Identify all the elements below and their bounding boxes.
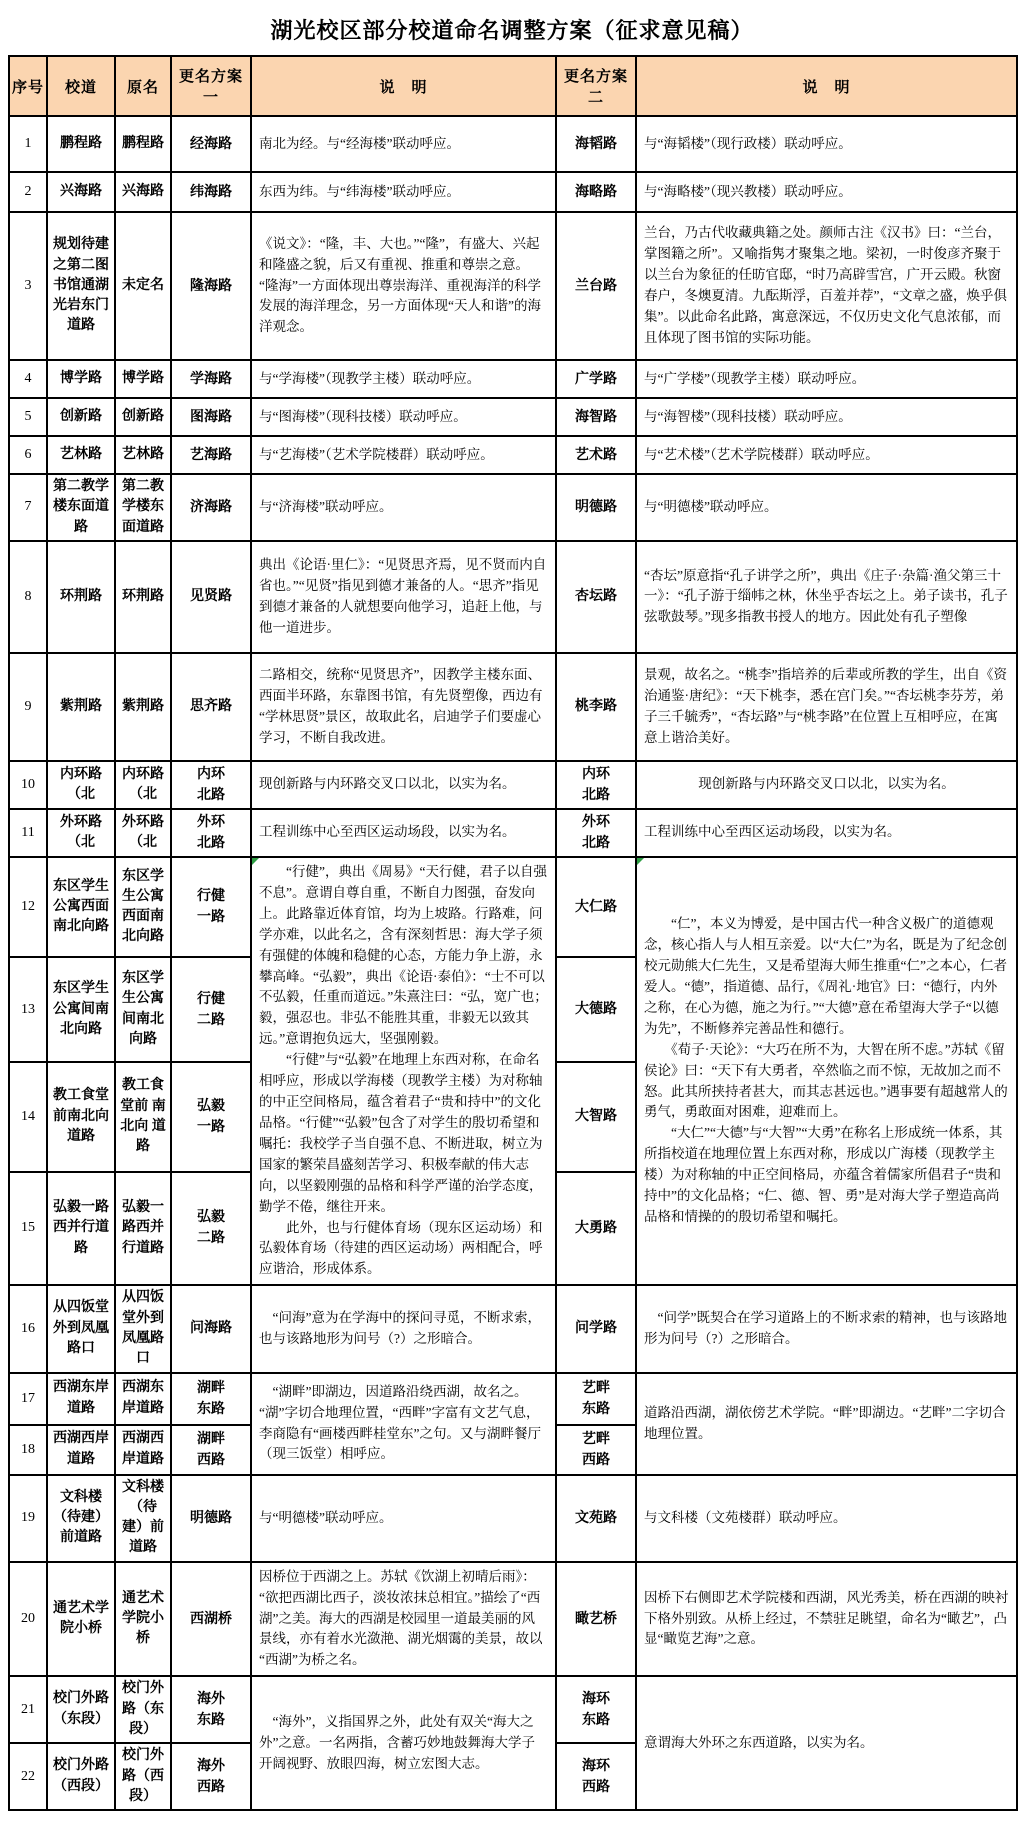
- cell-road: 艺林路: [47, 436, 115, 474]
- cell-road: 东区学生公寓间南北向路: [47, 957, 115, 1062]
- col-header-desc1: 说 明: [251, 56, 556, 116]
- cell-plan1: 经海路: [171, 116, 251, 172]
- cell-no: 8: [9, 541, 47, 653]
- table-row: 20 通艺术学院小桥 通艺术学院小桥 西湖桥 因桥位于西湖之上。苏轼《饮湖上初晴…: [9, 1562, 1017, 1677]
- cell-plan1: 弘毅 一路: [171, 1062, 251, 1171]
- cell-desc2-merged: 意谓海大外环之东西道路，以实为名。: [636, 1676, 1017, 1810]
- cell-no: 15: [9, 1172, 47, 1286]
- cell-desc2-merged: “仁”，本义为博爱，是中国古代一种含义极广的道德观念，核心指人与人相互亲爱。以“…: [636, 857, 1017, 1285]
- cell-no: 6: [9, 436, 47, 474]
- table-row: 1 鹏程路 鹏程路 经海路 南北为经。与“经海楼”联动呼应。 海韬路 与“海韬楼…: [9, 116, 1017, 172]
- cell-desc1: 南北为经。与“经海楼”联动呼应。: [251, 116, 556, 172]
- cell-plan2: 兰台路: [556, 212, 636, 360]
- cell-desc1: 与“艺海楼”（艺术学院楼群）联动呼应。: [251, 436, 556, 474]
- cell-plan2: 艺畔 东路: [556, 1373, 636, 1425]
- cell-no: 5: [9, 398, 47, 436]
- col-header-plan2: 更名方案二: [556, 56, 636, 116]
- cell-plan1: 隆海路: [171, 212, 251, 360]
- cell-no: 7: [9, 474, 47, 541]
- cell-old-name: 艺林路: [115, 436, 171, 474]
- cell-old-name: 教工食堂前 南北向 道路: [115, 1062, 171, 1171]
- cell-plan2: 大智路: [556, 1062, 636, 1171]
- road-renaming-table: 序号 校道 原名 更名方案一 说 明 更名方案二 说 明 1 鹏程路 鹏程路 经…: [8, 55, 1018, 1811]
- table-row: 11 外环路（北 外环路（北 外环 北路 工程训练中心至西区运动场段，以实为名。…: [9, 809, 1017, 857]
- cell-desc1: 东西为纬。与“纬海楼”联动呼应。: [251, 172, 556, 212]
- cell-desc1: 现创新路与内环路交叉口以北，以实为名。: [251, 761, 556, 809]
- cell-old-name: 弘毅一路西并行道路: [115, 1172, 171, 1286]
- cell-desc2: 因桥下右侧即艺术学院楼和西湖，风光秀美，桥在西湖的映衬下格外别致。从桥上经过，不…: [636, 1562, 1017, 1677]
- table-row: 10 内环路（北 内环路（北 内环 北路 现创新路与内环路交叉口以北，以实为名。…: [9, 761, 1017, 809]
- cell-desc1: 典出《论语·里仁》：“见贤思齐焉，见不贤而内自省也。”“见贤”指见到德才兼备的人…: [251, 541, 556, 653]
- cell-plan2: 大德路: [556, 957, 636, 1062]
- table-row: 17 西湖东岸道路 西湖东岸道路 湖畔 东路 “湖畔”即湖边，因道路沿绕西湖，故…: [9, 1373, 1017, 1425]
- cell-desc2: 与“海智楼”（现科技楼）联动呼应。: [636, 398, 1017, 436]
- cell-road: 创新路: [47, 398, 115, 436]
- cell-road: 东区学生公寓西面南北向路: [47, 857, 115, 957]
- table-row: 3 规划待建之第二图书馆通湖光岩东门道路 未定名 隆海路 《说文》：“隆，丰、大…: [9, 212, 1017, 360]
- cell-plan1: 见贤路: [171, 541, 251, 653]
- cell-old-name: 西湖西岸道路: [115, 1425, 171, 1475]
- cell-no: 14: [9, 1062, 47, 1171]
- cell-no: 19: [9, 1475, 47, 1562]
- cell-no: 9: [9, 653, 47, 761]
- cell-old-name: 外环路（北: [115, 809, 171, 857]
- cell-plan1: 明德路: [171, 1475, 251, 1562]
- cell-plan2: 内环 北路: [556, 761, 636, 809]
- cell-plan2: 大仁路: [556, 857, 636, 957]
- cell-desc2: 与文科楼（文苑楼群）联动呼应。: [636, 1475, 1017, 1562]
- cell-plan2: 问学路: [556, 1285, 636, 1372]
- cell-plan1: 内环 北路: [171, 761, 251, 809]
- table-row: 16 从四饭堂外到凤凰路口 从四饭堂外到凤凰路口 问海路 “问海”意为在学海中的…: [9, 1285, 1017, 1372]
- cell-plan2: 海韬路: [556, 116, 636, 172]
- cell-no: 21: [9, 1676, 47, 1743]
- cell-plan1: 弘毅 二路: [171, 1172, 251, 1286]
- cell-road: 校门外路（西段）: [47, 1743, 115, 1810]
- cell-desc2: 工程训练中心至西区运动场段，以实为名。: [636, 809, 1017, 857]
- cell-no: 4: [9, 360, 47, 398]
- cell-plan1: 外环 北路: [171, 809, 251, 857]
- cell-plan2: 艺术路: [556, 436, 636, 474]
- cell-no: 2: [9, 172, 47, 212]
- cell-desc1-merged: “湖畔”即湖边，因道路沿绕西湖，故名之。“湖”字切合地理位置，“西畔”字富有文艺…: [251, 1373, 556, 1475]
- cell-no: 1: [9, 116, 47, 172]
- cell-road: 从四饭堂外到凤凰路口: [47, 1285, 115, 1372]
- cell-old-name: 鹏程路: [115, 116, 171, 172]
- cell-plan2: 桃李路: [556, 653, 636, 761]
- cell-no: 13: [9, 957, 47, 1062]
- cell-desc2: 兰台，乃古代收藏典籍之处。颜师古注《汉书》曰：“兰台，掌图籍之所”。又喻指隽才聚…: [636, 212, 1017, 360]
- cell-road: 兴海路: [47, 172, 115, 212]
- cell-desc2: “杏坛”原意指“孔子讲学之所”，典出《庄子·杂篇·渔父第三十一》：“孔子游于缁帏…: [636, 541, 1017, 653]
- cell-desc2: 与“广学楼”（现教学主楼）联动呼应。: [636, 360, 1017, 398]
- green-corner-marker-icon: [637, 858, 644, 865]
- cell-desc2: 现创新路与内环路交叉口以北，以实为名。: [636, 761, 1017, 809]
- cell-old-name: 环荆路: [115, 541, 171, 653]
- cell-desc2: 与“海略楼”（现兴教楼）联动呼应。: [636, 172, 1017, 212]
- cell-plan2: 广学路: [556, 360, 636, 398]
- cell-desc1-merged: “海外”，义指国界之外，此处有双关“海大之外”之意。一名两指，含蓄巧妙地鼓舞海大…: [251, 1676, 556, 1810]
- table-row: 7 第二教学楼东面道路 第二教学楼东面道路 济海路 与“济海楼”联动呼应。 明德…: [9, 474, 1017, 541]
- cell-old-name: 第二教学楼东面道路: [115, 474, 171, 541]
- table-row: 5 创新路 创新路 图海路 与“图海楼”（现科技楼）联动呼应。 海智路 与“海智…: [9, 398, 1017, 436]
- cell-plan1: 海外 东路: [171, 1676, 251, 1743]
- cell-road: 通艺术学院小桥: [47, 1562, 115, 1677]
- cell-plan2: 文苑路: [556, 1475, 636, 1562]
- table-row: 4 博学路 博学路 学海路 与“学海楼”（现教学主楼）联动呼应。 广学路 与“广…: [9, 360, 1017, 398]
- cell-desc1: 与“明德楼”联动呼应。: [251, 1475, 556, 1562]
- cell-road: 文科楼（待建）前道路: [47, 1475, 115, 1562]
- cell-old-name: 内环路（北: [115, 761, 171, 809]
- cell-old-name: 西湖东岸道路: [115, 1373, 171, 1425]
- cell-plan2: 大勇路: [556, 1172, 636, 1286]
- cell-no: 18: [9, 1425, 47, 1475]
- cell-old-name: 未定名: [115, 212, 171, 360]
- cell-desc1-merged: “行健”，典出《周易》“天行健，君子以自强不息”。意谓自尊自重，不断自力图强，奋…: [251, 857, 556, 1285]
- cell-road: 教工食堂前南北向道路: [47, 1062, 115, 1171]
- table-row: 21 校门外路（东段） 校门外路（东段） 海外 东路 “海外”，义指国界之外，此…: [9, 1676, 1017, 1743]
- cell-plan2: 明德路: [556, 474, 636, 541]
- cell-old-name: 博学路: [115, 360, 171, 398]
- cell-old-name: 校门外路（东段）: [115, 1676, 171, 1743]
- table-row: 12 东区学生公寓西面南北向路 东区学生公寓西面南北向路 行健 一路 “行健”，…: [9, 857, 1017, 957]
- cell-no: 22: [9, 1743, 47, 1810]
- cell-old-name: 紫荆路: [115, 653, 171, 761]
- col-header-plan1: 更名方案一: [171, 56, 251, 116]
- cell-no: 16: [9, 1285, 47, 1372]
- green-corner-marker-icon: [252, 858, 259, 865]
- cell-plan2: 海略路: [556, 172, 636, 212]
- cell-no: 11: [9, 809, 47, 857]
- cell-no: 3: [9, 212, 47, 360]
- cell-plan1: 湖畔 东路: [171, 1373, 251, 1425]
- cell-desc2: 景观，故名之。“桃李”指培养的后辈或所教的学生，出自《资治通鉴·唐纪》：“天下桃…: [636, 653, 1017, 761]
- cell-desc2: 与“明德楼”联动呼应。: [636, 474, 1017, 541]
- cell-desc1: 《说文》：“隆，丰、大也。”“隆”，有盛大、兴起和隆盛之貌，后又有重视、推重和尊…: [251, 212, 556, 360]
- cell-road: 西湖东岸道路: [47, 1373, 115, 1425]
- cell-old-name: 通艺术学院小桥: [115, 1562, 171, 1677]
- table-row: 8 环荆路 环荆路 见贤路 典出《论语·里仁》：“见贤思齐焉，见不贤而内自省也。…: [9, 541, 1017, 653]
- cell-plan2: 艺畔 西路: [556, 1425, 636, 1475]
- cell-plan2: 海智路: [556, 398, 636, 436]
- cell-road: 规划待建之第二图书馆通湖光岩东门道路: [47, 212, 115, 360]
- cell-desc2: “问学”既契合在学习道路上的不断求索的精神，也与该路地形为问号（?）之形暗合。: [636, 1285, 1017, 1372]
- cell-road: 第二教学楼东面道路: [47, 474, 115, 541]
- cell-old-name: 文科楼（待建）前道路: [115, 1475, 171, 1562]
- cell-road: 弘毅一路西并行道路: [47, 1172, 115, 1286]
- cell-desc1: 与“图海楼”（现科技楼）联动呼应。: [251, 398, 556, 436]
- cell-road: 外环路（北: [47, 809, 115, 857]
- header-row: 序号 校道 原名 更名方案一 说 明 更名方案二 说 明: [9, 56, 1017, 116]
- cell-plan1: 济海路: [171, 474, 251, 541]
- table-row: 19 文科楼（待建）前道路 文科楼（待建）前道路 明德路 与“明德楼”联动呼应。…: [9, 1475, 1017, 1562]
- cell-plan1: 图海路: [171, 398, 251, 436]
- cell-plan1: 海外 西路: [171, 1743, 251, 1810]
- cell-desc2-merged: 道路沿西湖，湖依傍艺术学院。“畔”即湖边。“艺畔”二字切合地理位置。: [636, 1373, 1017, 1475]
- cell-old-name: 创新路: [115, 398, 171, 436]
- cell-plan2: 海环 东路: [556, 1676, 636, 1743]
- cell-desc1: 二路相交，统称“见贤思齐”，因教学主楼东面、西面半环路，东靠图书馆，有先贤塑像，…: [251, 653, 556, 761]
- cell-plan1: 纬海路: [171, 172, 251, 212]
- col-header-desc2: 说 明: [636, 56, 1017, 116]
- col-header-no: 序号: [9, 56, 47, 116]
- cell-plan1: 思齐路: [171, 653, 251, 761]
- cell-no: 12: [9, 857, 47, 957]
- cell-old-name: 东区学生公寓西面南北向路: [115, 857, 171, 957]
- cell-no: 17: [9, 1373, 47, 1425]
- cell-road: 环荆路: [47, 541, 115, 653]
- cell-plan2: 杏坛路: [556, 541, 636, 653]
- table-row: 6 艺林路 艺林路 艺海路 与“艺海楼”（艺术学院楼群）联动呼应。 艺术路 与“…: [9, 436, 1017, 474]
- cell-plan2: 外环 北路: [556, 809, 636, 857]
- cell-road: 鹏程路: [47, 116, 115, 172]
- cell-old-name: 校门外路（西段）: [115, 1743, 171, 1810]
- cell-no: 20: [9, 1562, 47, 1677]
- cell-old-name: 兴海路: [115, 172, 171, 212]
- cell-plan1: 行健 一路: [171, 857, 251, 957]
- spreadsheet-page: 湖光校区部分校道命名调整方案（征求意见稿） 序号 校道 原名 更名方案一 说 明…: [0, 0, 1024, 1821]
- cell-road: 紫荆路: [47, 653, 115, 761]
- col-header-road: 校道: [47, 56, 115, 116]
- cell-road: 校门外路（东段）: [47, 1676, 115, 1743]
- cell-road: 博学路: [47, 360, 115, 398]
- col-header-old-name: 原名: [115, 56, 171, 116]
- cell-desc1: 与“学海楼”（现教学主楼）联动呼应。: [251, 360, 556, 398]
- cell-plan1: 行健 二路: [171, 957, 251, 1062]
- cell-desc1: 工程训练中心至西区运动场段，以实为名。: [251, 809, 556, 857]
- cell-road: 西湖西岸道路: [47, 1425, 115, 1475]
- cell-plan2: 海环 西路: [556, 1743, 636, 1810]
- page-title: 湖光校区部分校道命名调整方案（征求意见稿）: [8, 6, 1016, 55]
- cell-plan1: 艺海路: [171, 436, 251, 474]
- cell-plan1: 西湖桥: [171, 1562, 251, 1677]
- cell-desc1: “问海”意为在学海中的探问寻觅，不断求索，也与该路地形为问号（?）之形暗合。: [251, 1285, 556, 1372]
- cell-plan2: 瞰艺桥: [556, 1562, 636, 1677]
- cell-road: 内环路（北: [47, 761, 115, 809]
- cell-plan1: 学海路: [171, 360, 251, 398]
- cell-desc1: 与“济海楼”联动呼应。: [251, 474, 556, 541]
- cell-desc1: 因桥位于西湖之上。苏轼《饮湖上初晴后雨》：“欲把西湖比西子，淡妆浓抹总相宜。”描…: [251, 1562, 556, 1677]
- cell-plan1: 湖畔 西路: [171, 1425, 251, 1475]
- cell-plan1: 问海路: [171, 1285, 251, 1372]
- cell-desc2: 与“艺术楼”（艺术学院楼群）联动呼应。: [636, 436, 1017, 474]
- cell-old-name: 东区学生公寓间南北向路: [115, 957, 171, 1062]
- cell-old-name: 从四饭堂外到凤凰路口: [115, 1285, 171, 1372]
- cell-no: 10: [9, 761, 47, 809]
- table-row: 9 紫荆路 紫荆路 思齐路 二路相交，统称“见贤思齐”，因教学主楼东面、西面半环…: [9, 653, 1017, 761]
- cell-desc2: 与“海韬楼”（现行政楼）联动呼应。: [636, 116, 1017, 172]
- table-row: 2 兴海路 兴海路 纬海路 东西为纬。与“纬海楼”联动呼应。 海略路 与“海略楼…: [9, 172, 1017, 212]
